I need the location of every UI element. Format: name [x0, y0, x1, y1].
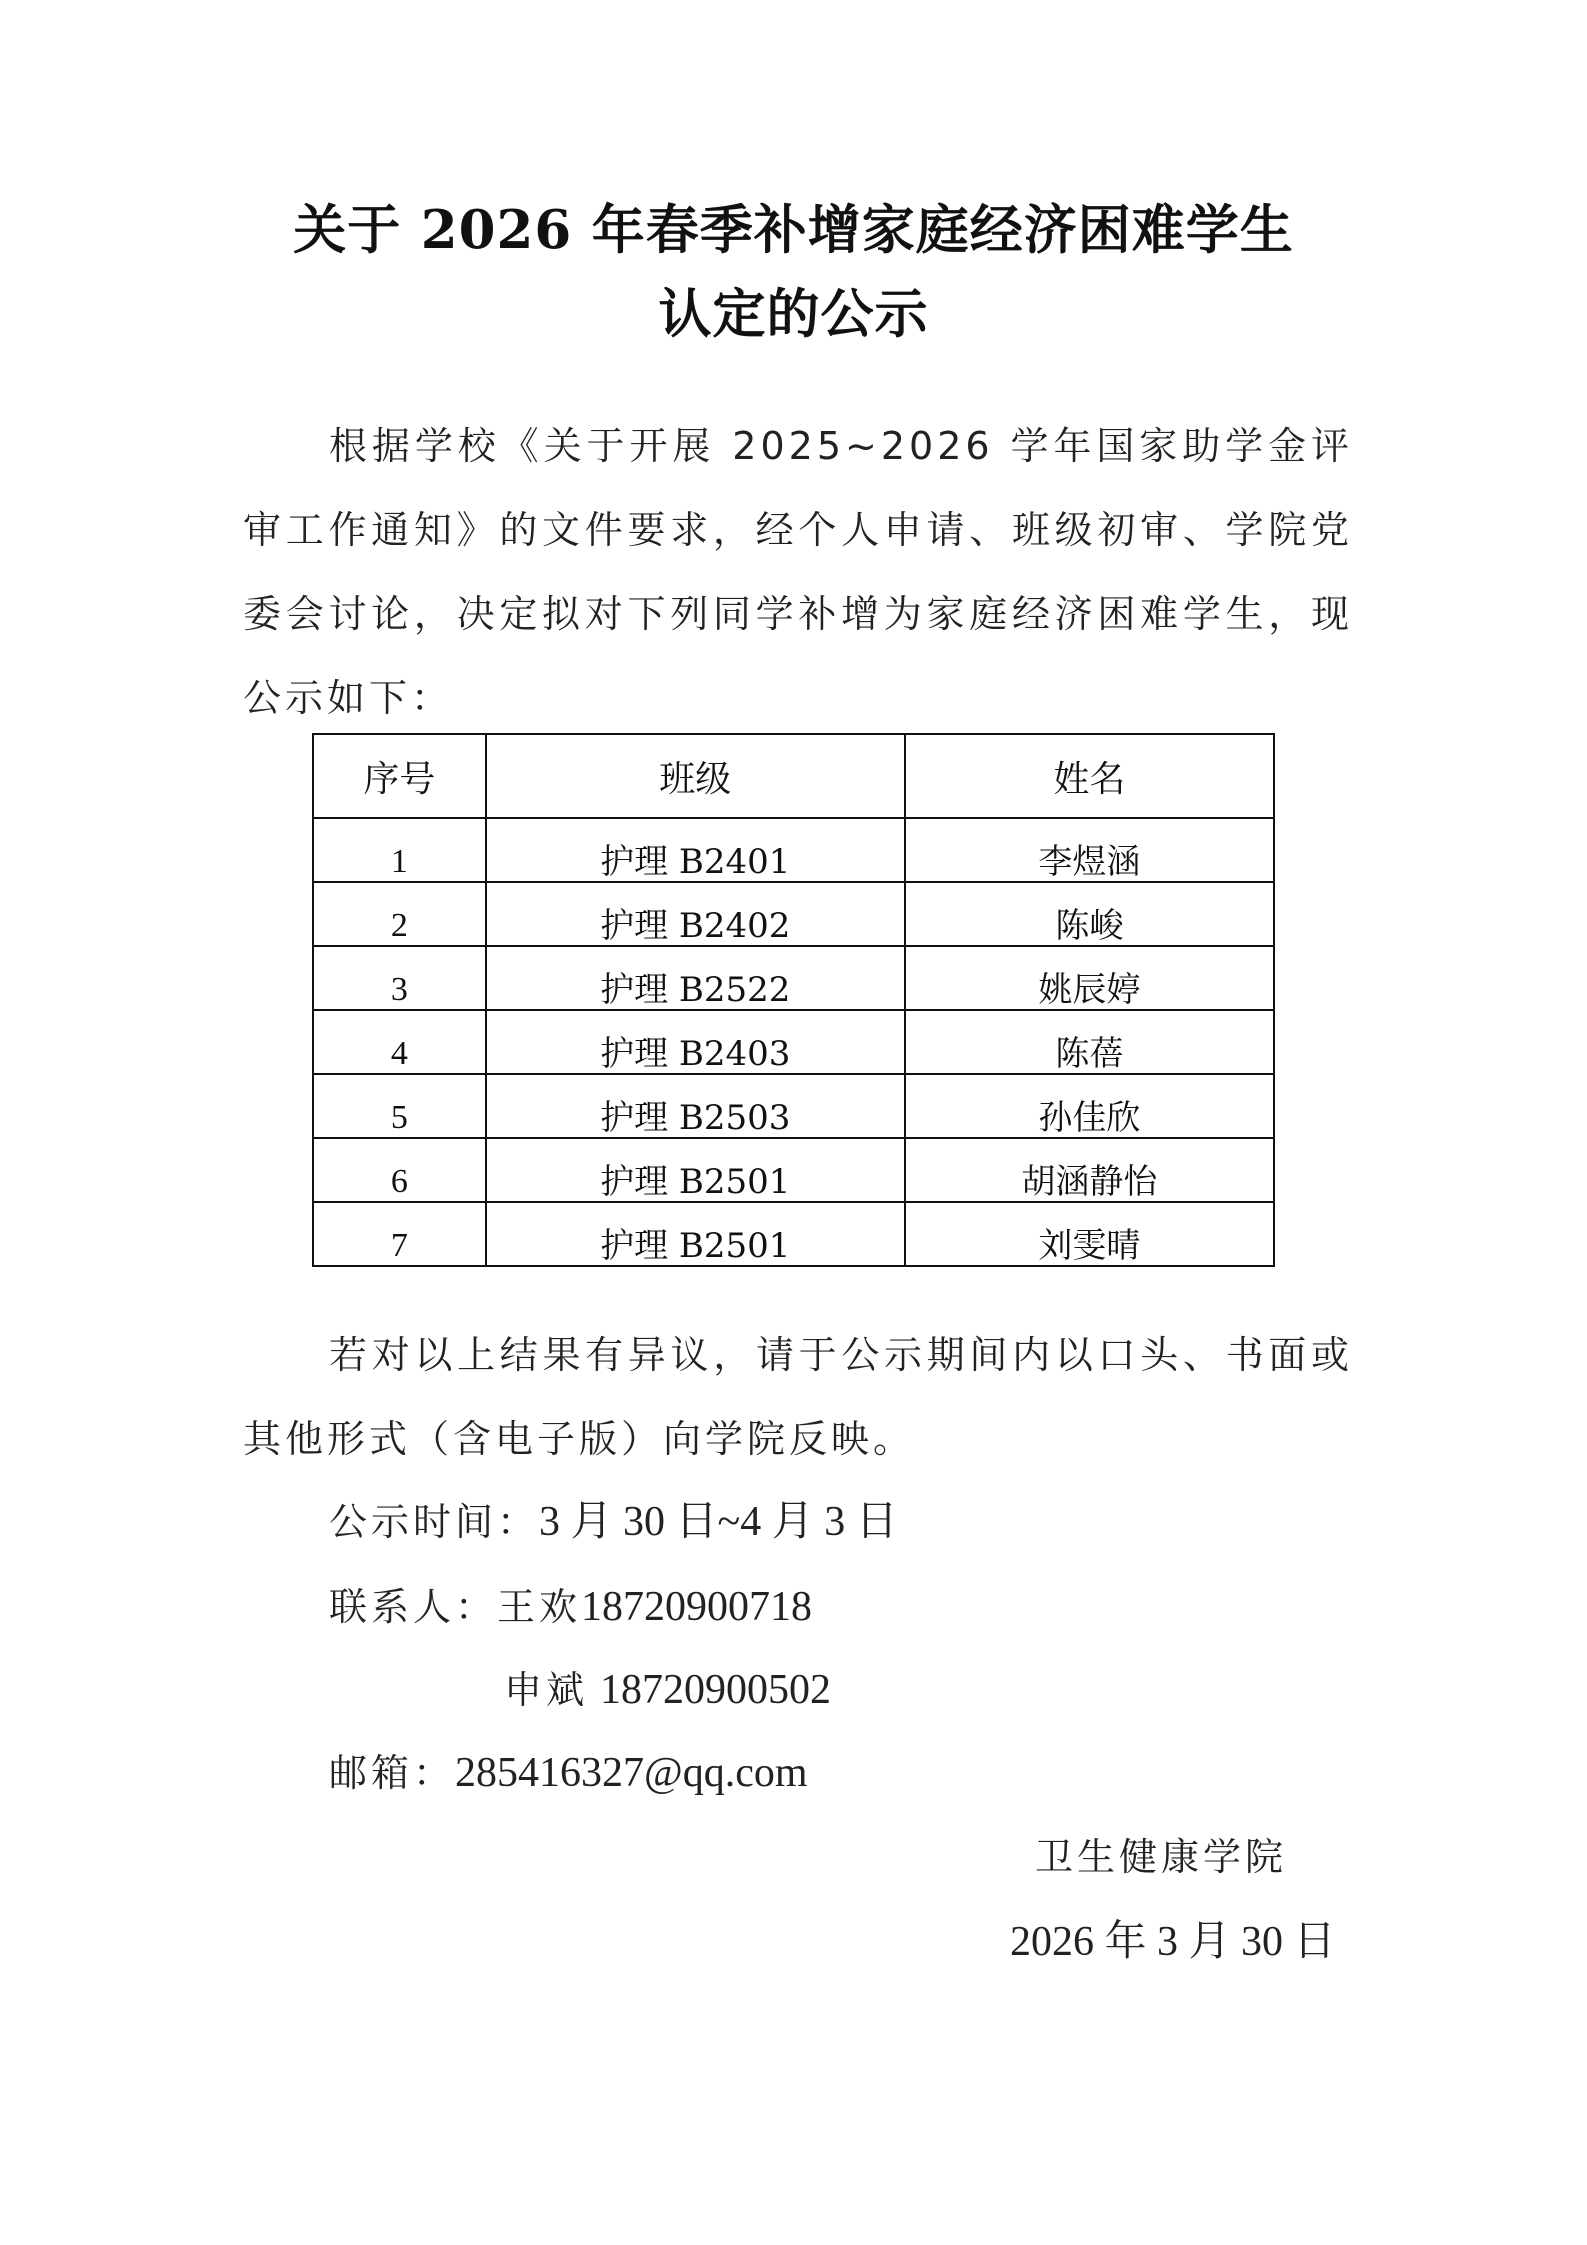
table-row: 2 护理 B2402 陈峻 — [313, 882, 1274, 946]
cell-index: 5 — [313, 1074, 486, 1138]
contact-phone: 18720900502 — [600, 1667, 831, 1713]
student-roster-table: 序号 班级 姓名 1 护理 B2401 李煜涵 2 护理 B2402 陈峻 3 … — [312, 733, 1275, 1267]
cell-name: 刘雯晴 — [905, 1202, 1274, 1266]
cell-index: 7 — [313, 1202, 486, 1266]
cell-class: 护理 B2402 — [486, 882, 905, 946]
objection-paragraph: 若对以上结果有异议，请于公示期间内以口头、书面或其他形式（含电子版）向学院反映。 — [243, 1313, 1353, 1481]
table-row: 4 护理 B2403 陈蓓 — [313, 1010, 1274, 1074]
header-index: 序号 — [313, 734, 486, 818]
signature-date: 2026 年 3 月 30 日 — [1010, 1918, 1336, 1966]
table-row: 7 护理 B2501 刘雯晴 — [313, 1202, 1274, 1266]
cell-class: 护理 B2501 — [486, 1138, 905, 1202]
email-line: 邮箱：285416327@qq.com — [329, 1749, 808, 1797]
cell-name: 李煜涵 — [905, 818, 1274, 882]
email-label: 邮箱： — [329, 1751, 455, 1795]
document-page: 关于 2026 年春季补增家庭经济困难学生 认定的公示 根据学校《关于开展 20… — [0, 0, 1587, 2245]
contact-label: 联系人： — [329, 1585, 497, 1629]
document-title-line-2: 认定的公示 — [0, 284, 1587, 344]
cell-class: 护理 B2503 — [486, 1074, 905, 1138]
cell-name: 孙佳欣 — [905, 1074, 1274, 1138]
cell-index: 3 — [313, 946, 486, 1010]
contact-secondary: 申斌18720900502 — [504, 1666, 831, 1714]
table-row: 3 护理 B2522 姚辰婷 — [313, 946, 1274, 1010]
cell-index: 4 — [313, 1010, 486, 1074]
cell-name: 陈峻 — [905, 882, 1274, 946]
contact-phone: 18720900718 — [581, 1584, 812, 1630]
intro-paragraph: 根据学校《关于开展 2025~2026 学年国家助学金评审工作通知》的文件要求，… — [243, 404, 1353, 740]
publicity-period-value: 3 月 30 日~4 月 3 日 — [539, 1499, 898, 1545]
cell-class: 护理 B2401 — [486, 818, 905, 882]
header-class: 班级 — [486, 734, 905, 818]
email-address[interactable]: 285416327@qq.com — [455, 1750, 808, 1796]
cell-index: 1 — [313, 818, 486, 882]
cell-class: 护理 B2522 — [486, 946, 905, 1010]
cell-class: 护理 B2501 — [486, 1202, 905, 1266]
cell-name: 姚辰婷 — [905, 946, 1274, 1010]
table-row: 1 护理 B2401 李煜涵 — [313, 818, 1274, 882]
contact-name: 王欢 — [497, 1585, 581, 1629]
table-header-row: 序号 班级 姓名 — [313, 734, 1274, 818]
cell-index: 6 — [313, 1138, 486, 1202]
contact-primary: 联系人：王欢18720900718 — [329, 1583, 812, 1631]
signature-organization: 卫生健康学院 — [1035, 1833, 1287, 1881]
cell-index: 2 — [313, 882, 486, 946]
publicity-period-label: 公示时间： — [329, 1500, 539, 1544]
header-name: 姓名 — [905, 734, 1274, 818]
table-row: 6 护理 B2501 胡涵静怡 — [313, 1138, 1274, 1202]
publicity-period: 公示时间：3 月 30 日~4 月 3 日 — [329, 1498, 898, 1546]
cell-name: 胡涵静怡 — [905, 1138, 1274, 1202]
table-row: 5 护理 B2503 孙佳欣 — [313, 1074, 1274, 1138]
document-title-line-1: 关于 2026 年春季补增家庭经济困难学生 — [0, 200, 1587, 260]
cell-name: 陈蓓 — [905, 1010, 1274, 1074]
cell-class: 护理 B2403 — [486, 1010, 905, 1074]
contact-name: 申斌 — [504, 1668, 588, 1712]
